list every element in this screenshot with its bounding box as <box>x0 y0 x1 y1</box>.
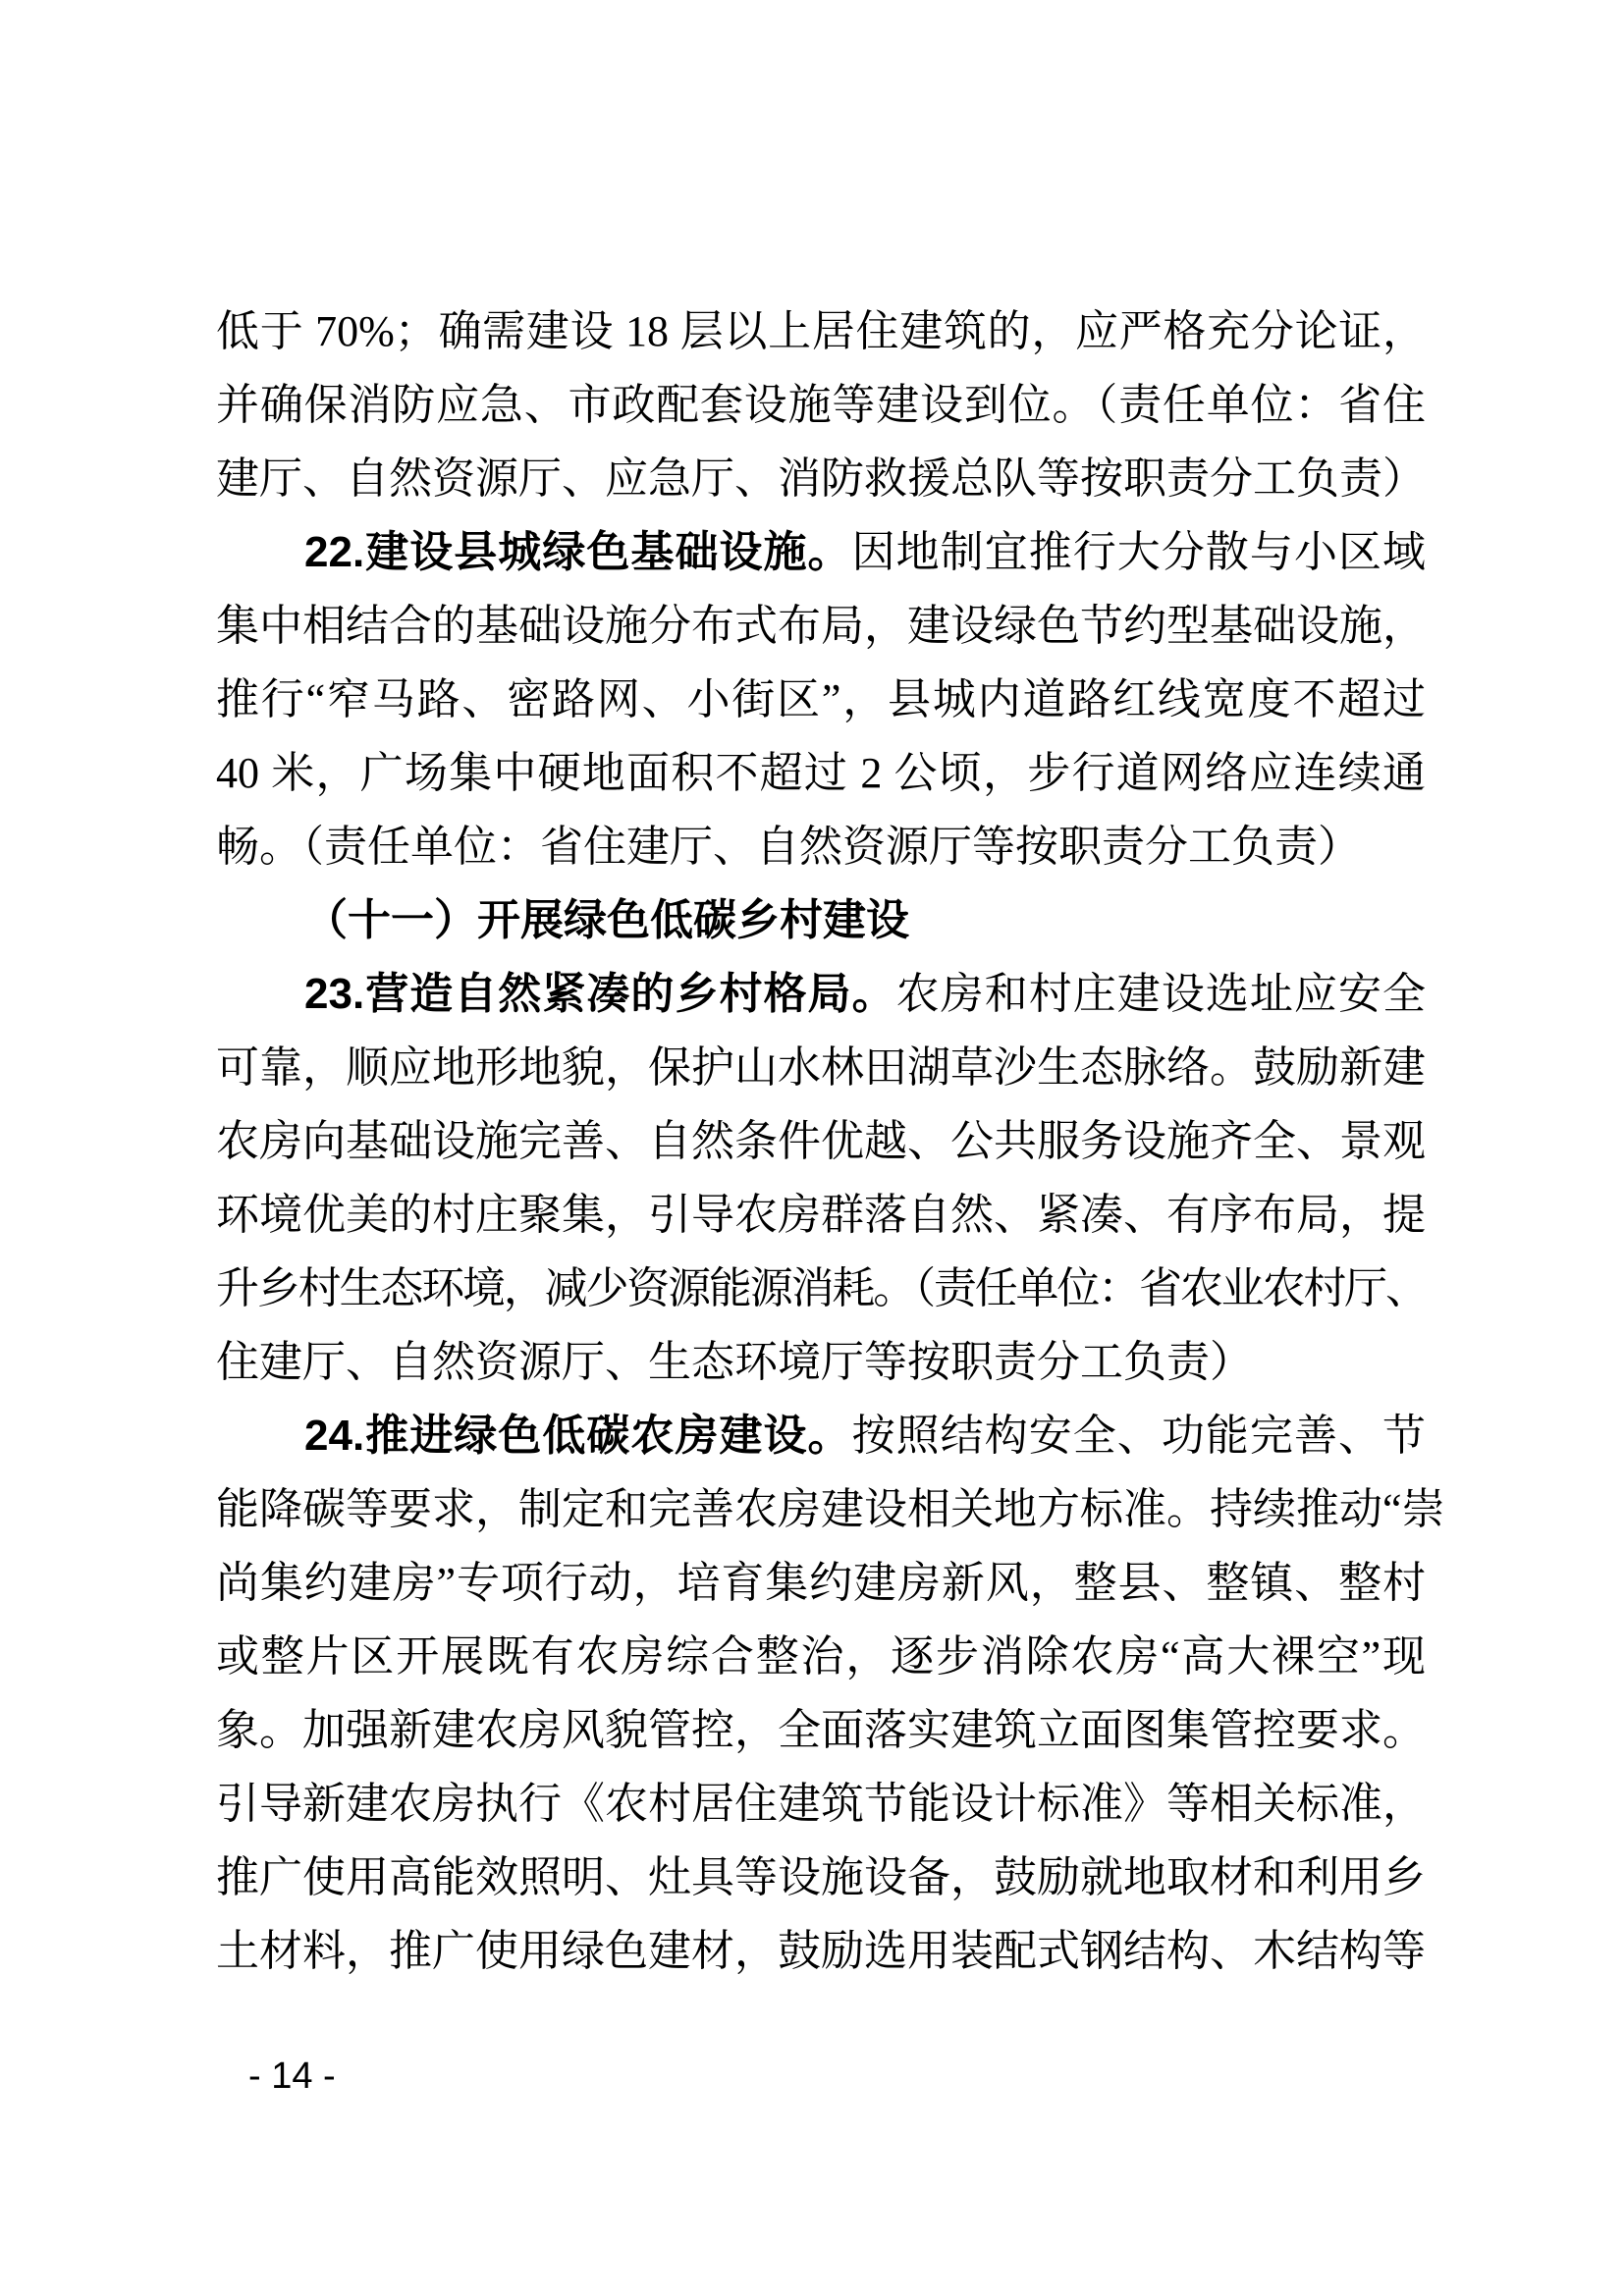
text-line: 农房向基础设施完善、自然条件优越、公共服务设施齐全、景观 <box>216 1104 1426 1178</box>
text-segment: 土材料，推广使用绿色建材，鼓励选用装配式钢结构、木结构等 <box>216 1927 1426 1975</box>
text-line: 推行“窄马路、密路网、小街区”，县城内道路红线宽度不超过 <box>216 663 1426 736</box>
text-line: 象。加强新建农房风貌管控，全面落实建筑立面图集管控要求。 <box>216 1693 1426 1767</box>
text-segment: 低于 70%；确需建设 18 层以上居住建筑的，应严格充分论证， <box>216 307 1426 355</box>
text-segment: 象。加强新建农房风貌管控，全面落实建筑立面图集管控要求。 <box>216 1706 1426 1754</box>
text-segment: 推行“窄马路、密路网、小街区”，县城内道路红线宽度不超过 <box>216 675 1426 723</box>
text-segment: 尚集约建房”专项行动，培育集约建房新风，整县、整镇、整村 <box>216 1559 1426 1607</box>
text-line: 建厅、自然资源厅、应急厅、消防救援总队等按职责分工负责） <box>216 442 1426 515</box>
text-segment: 农房向基础设施完善、自然条件优越、公共服务设施齐全、景观 <box>216 1117 1426 1165</box>
text-segment: 可靠，顺应地形地貌，保护山水林田湖草沙生态脉络。鼓励新建 <box>216 1043 1426 1092</box>
bold-text-segment: 23.营造自然紧凑的乡村格局。 <box>304 970 896 1018</box>
text-segment: 农房和村庄建设选址应安全 <box>896 970 1426 1018</box>
text-line: 24.推进绿色低碳农房建设。按照结构安全、功能完善、节 <box>216 1399 1426 1472</box>
text-segment: 能降碳等要求，制定和完善农房建设相关地方标准。持续推动“崇 <box>216 1485 1445 1533</box>
text-segment: 建厅、自然资源厅、应急厅、消防救援总队等按职责分工负责） <box>216 454 1426 503</box>
text-segment: 按照结构安全、功能完善、节 <box>852 1412 1426 1460</box>
text-line: 畅。（责任单位：省住建厅、自然资源厅等按职责分工负责） <box>216 810 1426 883</box>
text-segment: 环境优美的村庄聚集，引导农房群落自然、紧凑、有序布局，提 <box>216 1191 1426 1239</box>
text-line: 住建厅、自然资源厅、生态环境厅等按职责分工负责） <box>216 1325 1426 1399</box>
text-segment: 40 米，广场集中硬地面积不超过 2 公顷，步行道网络应连续通 <box>216 749 1426 797</box>
text-segment: 或整片区开展既有农房综合整治，逐步消除农房“高大裸空”现 <box>216 1632 1426 1681</box>
text-line: 22.建设县城绿色基础设施。因地制宜推行大分散与小区域 <box>216 515 1426 589</box>
text-segment: 引导新建农房执行《农村居住建筑节能设计标准》等相关标准， <box>216 1780 1426 1828</box>
text-line: 或整片区开展既有农房综合整治，逐步消除农房“高大裸空”现 <box>216 1620 1426 1693</box>
bold-text-segment: 24.推进绿色低碳农房建设。 <box>304 1412 852 1460</box>
text-segment: 集中相结合的基础设施分布式布局，建设绿色节约型基础设施， <box>216 602 1426 650</box>
text-line: 引导新建农房执行《农村居住建筑节能设计标准》等相关标准， <box>216 1767 1426 1841</box>
text-segment: 推广使用高能效照明、灶具等设施设备，鼓励就地取材和利用乡 <box>216 1853 1426 1901</box>
text-line: （十一）开展绿色低碳乡村建设 <box>216 883 1426 957</box>
text-segment: 因地制宜推行大分散与小区域 <box>852 528 1426 576</box>
text-line: 40 米，广场集中硬地面积不超过 2 公顷，步行道网络应连续通 <box>216 736 1426 810</box>
text-line: 集中相结合的基础设施分布式布局，建设绿色节约型基础设施， <box>216 589 1426 663</box>
document-page: 低于 70%；确需建设 18 层以上居住建筑的，应严格充分论证，并确保消防应急、… <box>0 0 1624 2296</box>
text-segment: 升乡村生态环境，减少资源能源消耗。（责任单位：省农业农村厅、 <box>216 1264 1426 1312</box>
text-line: 能降碳等要求，制定和完善农房建设相关地方标准。持续推动“崇 <box>216 1472 1426 1546</box>
text-line: 升乡村生态环境，减少资源能源消耗。（责任单位：省农业农村厅、 <box>216 1252 1426 1325</box>
text-line: 推广使用高能效照明、灶具等设施设备，鼓励就地取材和利用乡 <box>216 1841 1426 1914</box>
text-line: 尚集约建房”专项行动，培育集约建房新风，整县、整镇、整村 <box>216 1546 1426 1620</box>
text-segment: 畅。（责任单位：省住建厅、自然资源厅等按职责分工负责） <box>216 823 1361 871</box>
text-line: 23.营造自然紧凑的乡村格局。农房和村庄建设选址应安全 <box>216 957 1426 1031</box>
text-segment: 住建厅、自然资源厅、生态环境厅等按职责分工负责） <box>216 1338 1253 1386</box>
text-line: 环境优美的村庄聚集，引导农房群落自然、紧凑、有序布局，提 <box>216 1178 1426 1252</box>
page-number: - 14 - <box>248 2055 336 2099</box>
text-line: 可靠，顺应地形地貌，保护山水林田湖草沙生态脉络。鼓励新建 <box>216 1031 1426 1104</box>
text-segment: 并确保消防应急、市政配套设施等建设到位。（责任单位：省住 <box>216 381 1426 429</box>
document-body: 低于 70%；确需建设 18 层以上居住建筑的，应严格充分论证，并确保消防应急、… <box>216 294 1426 1988</box>
text-line: 并确保消防应急、市政配套设施等建设到位。（责任单位：省住 <box>216 368 1426 442</box>
bold-text-segment: 22.建设县城绿色基础设施。 <box>304 528 852 576</box>
bold-text-segment: （十一）开展绿色低碳乡村建设 <box>304 896 909 944</box>
text-line: 土材料，推广使用绿色建材，鼓励选用装配式钢结构、木结构等 <box>216 1914 1426 1988</box>
text-line: 低于 70%；确需建设 18 层以上居住建筑的，应严格充分论证， <box>216 294 1426 368</box>
